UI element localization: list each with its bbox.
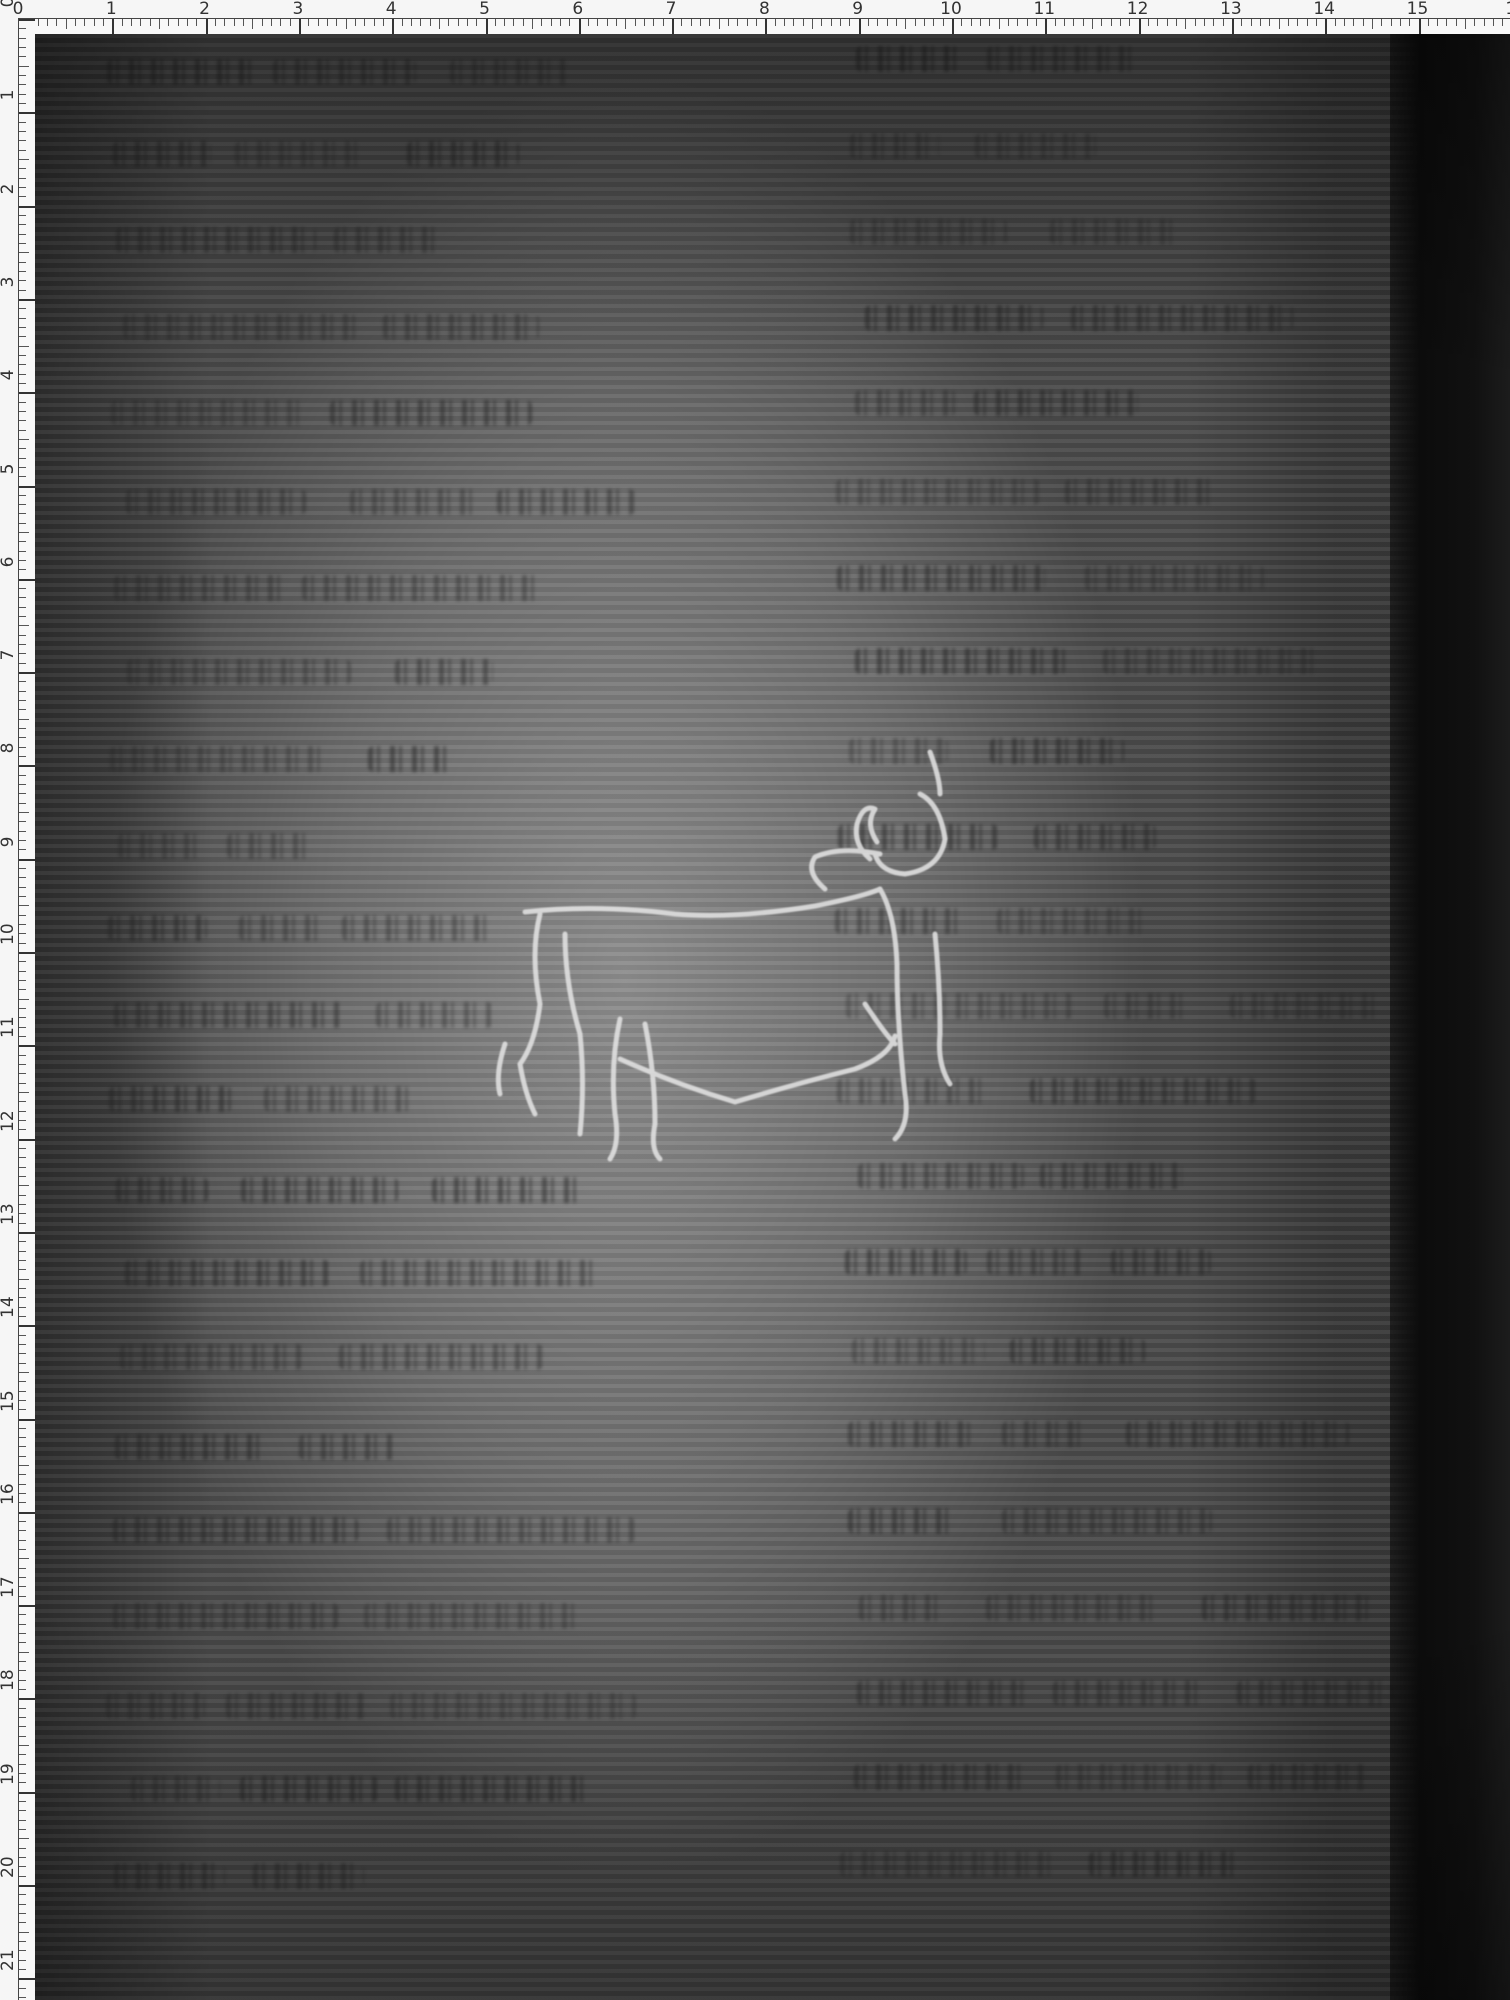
- ruler-tick: [999, 19, 1000, 29]
- ruler-tick: [1083, 19, 1084, 26]
- manuscript-photo: [35, 34, 1510, 2000]
- ruler-tick: [19, 681, 26, 682]
- ruler-label: 2: [0, 179, 17, 199]
- ruler-tick: [653, 19, 654, 26]
- ruler-label: 17: [0, 1578, 17, 1598]
- ruler-tick: [19, 392, 35, 394]
- ruler-tick: [924, 19, 925, 26]
- ruler-tick: [392, 19, 394, 35]
- ruler-tick: [1008, 19, 1009, 26]
- ruler-tick: [75, 19, 76, 26]
- ruler-tick: [1269, 19, 1270, 26]
- ruler-tick: [504, 19, 505, 26]
- ruler-tick: [19, 523, 26, 524]
- ruler-tick: [681, 19, 682, 26]
- ruler-tick: [1204, 19, 1205, 26]
- ruler-tick: [19, 1698, 35, 1700]
- ruler-tick: [19, 1269, 26, 1270]
- ruler-tick: [849, 19, 850, 26]
- ruler-tick: [19, 1568, 26, 1569]
- ruler-tick: [19, 877, 26, 878]
- ruler-tick: [19, 1540, 26, 1541]
- animal-hind-leg: [520, 914, 540, 1114]
- ruler-tick: [635, 19, 636, 26]
- ruler-tick: [19, 75, 26, 76]
- ruler-tick: [1055, 19, 1056, 26]
- ruler-tick: [84, 19, 85, 26]
- ruler-tick: [19, 999, 29, 1000]
- ruler-tick: [1111, 19, 1112, 26]
- ruler-tick: [19, 1017, 26, 1018]
- ruler-tick: [737, 19, 738, 26]
- ruler-tick: [831, 19, 832, 26]
- ruler-tick: [765, 19, 767, 35]
- ruler-tick: [868, 19, 869, 26]
- ruler-tick: [355, 19, 356, 26]
- ruler-tick: [19, 1726, 26, 1727]
- ruler-tick: [915, 19, 916, 26]
- ruler-tick: [19, 663, 26, 664]
- ruler-tick: [19, 1586, 26, 1587]
- ruler-tick: [19, 588, 26, 589]
- ruler-tick: [19, 336, 26, 337]
- ruler-tick: [150, 19, 151, 26]
- ruler-tick: [19, 19, 35, 21]
- ruler-tick: [19, 989, 26, 990]
- ruler-tick: [1335, 19, 1336, 26]
- ruler-tick: [187, 19, 188, 26]
- ruler-tick: [1437, 19, 1438, 26]
- ruler-tick: [19, 1157, 26, 1158]
- ruler-tick: [1297, 19, 1298, 26]
- ruler-label: 14: [1313, 0, 1335, 18]
- ruler-tick: [1064, 19, 1065, 26]
- ruler-tick: [19, 560, 26, 561]
- ruler-tick: [19, 94, 26, 95]
- ruler-tick: [19, 569, 26, 570]
- ruler-tick: [19, 122, 26, 123]
- ruler-tick: [19, 831, 26, 832]
- ruler-tick: [19, 439, 29, 440]
- ruler-tick: [569, 19, 570, 26]
- ruler-tick: [19, 1111, 26, 1112]
- ruler-tick: [859, 19, 861, 35]
- ruler-tick: [19, 1204, 26, 1205]
- ruler-tick: [19, 467, 26, 468]
- ruler-tick: [19, 737, 26, 738]
- ruler-tick: [19, 1083, 26, 1084]
- ruler-tick: [19, 1549, 26, 1550]
- ruler-tick: [168, 19, 169, 26]
- ruler-label: 5: [479, 0, 490, 18]
- ruler-tick: [19, 1288, 26, 1289]
- left-ruler-labels: 0123456789101112131415161718192021: [0, 0, 18, 2000]
- ruler-tick: [19, 784, 26, 785]
- ruler-tick: [943, 19, 944, 26]
- ruler-tick: [19, 1792, 35, 1794]
- ruler-tick: [1167, 19, 1168, 26]
- ruler-tick: [19, 1876, 26, 1877]
- ruler-tick: [19, 1922, 26, 1923]
- ruler-tick: [19, 915, 26, 916]
- ruler-tick: [19, 952, 35, 954]
- ruler-tick: [336, 19, 337, 26]
- ruler-tick: [19, 1465, 29, 1466]
- ruler-label: 2: [199, 0, 210, 18]
- ruler-tick: [19, 420, 26, 421]
- ruler-tick: [700, 19, 701, 26]
- ruler-tick: [19, 243, 26, 244]
- ruler-tick: [1195, 19, 1196, 26]
- ruler-tick: [19, 1624, 26, 1625]
- ruler-tick: [94, 19, 95, 26]
- left-ruler: [18, 18, 34, 2000]
- ruler-label: 9: [0, 832, 17, 852]
- ruler-tick: [19, 1344, 26, 1345]
- ruler-tick: [19, 1708, 26, 1709]
- ruler-tick: [19, 308, 26, 309]
- animal-drawing: [35, 34, 1510, 2000]
- ruler-label: 15: [0, 1392, 17, 1412]
- ruler-tick: [215, 19, 216, 26]
- ruler-tick: [19, 1456, 26, 1457]
- ruler-tick: [19, 112, 35, 114]
- ruler-tick: [495, 19, 496, 26]
- ruler-tick: [159, 19, 160, 29]
- ruler-tick: [1101, 19, 1102, 26]
- ruler-tick: [19, 28, 26, 29]
- ruler-tick: [19, 38, 26, 39]
- ruler-tick: [19, 56, 26, 57]
- ruler-tick: [19, 1838, 29, 1839]
- ruler-tick: [1251, 19, 1252, 26]
- ruler-tick: [19, 1092, 29, 1093]
- ruler-tick: [19, 691, 26, 692]
- ruler-label: 6: [572, 0, 583, 18]
- ruler-tick: [19, 364, 26, 365]
- ruler-tick: [19, 1652, 29, 1653]
- animal-back-line: [525, 889, 880, 915]
- ruler-tick: [19, 644, 26, 645]
- ruler-tick: [541, 19, 542, 26]
- ruler-tick: [280, 19, 281, 26]
- ruler-tick: [19, 672, 35, 674]
- ruler-tick: [1446, 19, 1447, 26]
- ruler-tick: [19, 1484, 26, 1485]
- ruler-tick: [719, 19, 720, 29]
- ruler-tick: [19, 476, 26, 477]
- ruler-tick: [19, 1129, 26, 1130]
- ruler-tick: [19, 532, 29, 533]
- ruler-tick: [19, 1857, 26, 1858]
- ruler-tick: [131, 19, 132, 26]
- ruler-tick: [19, 1325, 35, 1327]
- ruler-tick: [19, 1670, 26, 1671]
- ruler-tick: [66, 19, 67, 29]
- ruler-tick: [1344, 19, 1345, 26]
- ruler-tick: [905, 19, 906, 29]
- ruler-tick: [19, 1810, 26, 1811]
- ruler-tick: [19, 541, 26, 542]
- ruler-tick: [19, 812, 29, 813]
- ruler-tick: [19, 1689, 26, 1690]
- ruler-tick: [887, 19, 888, 26]
- ruler-tick: [112, 19, 114, 35]
- ruler-tick: [1493, 19, 1494, 26]
- ruler-tick: [19, 607, 26, 608]
- ruler-tick: [19, 1885, 35, 1887]
- ruler-tick: [224, 19, 225, 26]
- ruler-tick: [19, 1353, 26, 1354]
- ruler-tick: [1456, 19, 1457, 26]
- ruler-tick: [19, 793, 26, 794]
- ruler-label: 11: [0, 1018, 17, 1038]
- ruler-tick: [579, 19, 581, 35]
- ruler-label: 12: [1127, 0, 1149, 18]
- ruler-tick: [1391, 19, 1392, 26]
- ruler-tick: [346, 19, 347, 29]
- ruler-tick: [19, 1502, 26, 1503]
- ruler-label: 20: [0, 1858, 17, 1878]
- ruler-tick: [672, 19, 674, 35]
- ruler-tick: [1353, 19, 1354, 26]
- ruler-tick: [19, 1045, 35, 1047]
- ruler-tick: [430, 19, 431, 26]
- ruler-tick: [458, 19, 459, 26]
- ruler-tick: [308, 19, 309, 26]
- ruler-tick: [19, 1904, 26, 1905]
- ruler-tick: [1185, 19, 1186, 29]
- ruler-tick: [560, 19, 561, 26]
- ruler-tick: [19, 1820, 26, 1821]
- ruler-tick: [1073, 19, 1074, 26]
- ruler-tick: [19, 1978, 35, 1980]
- ruler-tick: [19, 756, 26, 757]
- ruler-tick: [299, 19, 301, 35]
- ruler-label: 3: [292, 0, 303, 18]
- ruler-tick: [19, 402, 26, 403]
- ruler-tick: [952, 19, 954, 35]
- ruler-tick: [532, 19, 533, 29]
- ruler-tick: [19, 1176, 26, 1177]
- ruler-tick: [19, 1213, 26, 1214]
- ruler-tick: [19, 616, 26, 617]
- ruler-tick: [19, 1801, 26, 1802]
- ruler-tick: [327, 19, 328, 26]
- ruler-tick: [19, 1764, 26, 1765]
- ruler-tick: [486, 19, 488, 35]
- ruler-tick: [19, 700, 26, 701]
- ruler-tick: [19, 504, 26, 505]
- ruler-tick: [19, 933, 26, 934]
- ruler-tick: [19, 168, 26, 169]
- ruler-tick: [19, 1745, 29, 1746]
- ruler-tick: [19, 1120, 26, 1121]
- ruler-tick: [19, 159, 29, 160]
- ruler-tick: [383, 19, 384, 26]
- ruler-tick: [19, 1866, 26, 1867]
- ruler-tick: [19, 66, 29, 67]
- ruler-tick: [19, 1036, 26, 1037]
- ruler-label: 21: [0, 1951, 17, 1971]
- ruler-tick: [1036, 19, 1037, 26]
- ruler-tick: [19, 635, 26, 636]
- ruler-tick: [19, 234, 26, 235]
- ruler-tick: [625, 19, 626, 29]
- ruler-tick: [1502, 19, 1503, 26]
- top-ruler-labels: 01234567891011121314151: [0, 0, 1510, 18]
- ruler-tick: [19, 206, 35, 208]
- ruler-tick: [1045, 19, 1047, 35]
- ruler-tick: [19, 551, 26, 552]
- ruler-tick: [1148, 19, 1149, 26]
- ruler-tick: [420, 19, 421, 26]
- ruler-tick: [19, 495, 26, 496]
- ruler-tick: [19, 840, 26, 841]
- ruler-tick: [19, 1073, 26, 1074]
- ruler-tick: [364, 19, 365, 26]
- ruler-label: 4: [0, 365, 17, 385]
- ruler-tick: [19, 887, 26, 888]
- ruler-tick: [206, 19, 208, 35]
- ruler-tick: [19, 140, 26, 141]
- ruler-tick: [19, 1493, 26, 1494]
- ruler-label: 8: [0, 738, 17, 758]
- ruler-tick: [980, 19, 981, 26]
- ruler-tick: [19, 1167, 26, 1168]
- ruler-tick: [1474, 19, 1475, 26]
- animal-belly-line: [620, 1036, 895, 1102]
- ruler-label: 7: [666, 0, 677, 18]
- ruler-tick: [19, 1521, 26, 1522]
- ruler-tick: [19, 1419, 35, 1421]
- ruler-tick: [19, 1614, 26, 1615]
- animal-horn-right: [875, 794, 945, 874]
- ruler-tick: [178, 19, 179, 26]
- ruler-tick: [19, 1596, 26, 1597]
- ruler-tick: [19, 178, 26, 179]
- ruler-tick: [19, 765, 35, 767]
- top-ruler: [18, 18, 1510, 34]
- ruler-tick: [1316, 19, 1317, 26]
- ruler-tick: [19, 849, 26, 850]
- ruler-tick: [588, 19, 589, 26]
- ruler-tick: [19, 728, 26, 729]
- ruler-tick: [19, 971, 26, 972]
- ruler-tick: [1157, 19, 1158, 26]
- ruler-tick: [19, 1773, 26, 1774]
- ruler-tick: [243, 19, 244, 26]
- ruler-tick: [19, 271, 26, 272]
- ruler-tick: [252, 19, 253, 29]
- ruler-tick: [19, 346, 29, 347]
- ruler-tick: [812, 19, 813, 29]
- ruler-tick: [896, 19, 897, 26]
- ruler-tick: [196, 19, 197, 26]
- ruler-tick: [19, 187, 26, 188]
- ruler-tick: [19, 374, 26, 375]
- ruler-label: 11: [1033, 0, 1055, 18]
- ruler-label: 18: [0, 1671, 17, 1691]
- ruler-tick: [19, 1223, 26, 1224]
- ruler-tick: [19, 355, 26, 356]
- ruler-tick: [19, 579, 35, 581]
- ruler-tick: [961, 19, 962, 26]
- ruler-tick: [19, 1661, 26, 1662]
- ruler-tick: [19, 1381, 26, 1382]
- ruler-tick: [523, 19, 524, 26]
- ruler-tick: [1232, 19, 1234, 35]
- ruler-label: 16: [0, 1485, 17, 1505]
- ruler-tick: [19, 1754, 26, 1755]
- ruler-tick: [709, 19, 710, 26]
- ruler-tick: [19, 1232, 35, 1234]
- ruler-tick: [19, 1391, 26, 1392]
- ruler-tick: [19, 1027, 26, 1028]
- ruler-tick: [1260, 19, 1261, 26]
- ruler-tick: [19, 709, 26, 710]
- ruler-label: 10: [940, 0, 962, 18]
- ruler-tick: [19, 1437, 26, 1438]
- ruler-tick: [19, 597, 26, 598]
- ruler-tick: [1120, 19, 1121, 26]
- ruler-label: 12: [0, 1112, 17, 1132]
- ruler-tick: [140, 19, 141, 26]
- ruler-tick: [19, 1297, 26, 1298]
- ruler-tick: [19, 905, 29, 906]
- ruler-tick: [19, 1008, 26, 1009]
- ruler-tick: [19, 1446, 26, 1447]
- ruler-tick: [448, 19, 449, 26]
- ruler-tick: [38, 19, 39, 26]
- ruler-tick: [19, 1988, 26, 1989]
- ruler-tick: [19, 1950, 26, 1951]
- animal-front-leg: [880, 889, 906, 1139]
- ruler-tick: [616, 19, 617, 26]
- ruler-label: 15: [1407, 0, 1429, 18]
- ruler-label: 9: [852, 0, 863, 18]
- ruler-tick: [19, 1101, 26, 1102]
- ruler-tick: [19, 299, 35, 301]
- ruler-tick: [663, 19, 664, 26]
- ruler-tick: [756, 19, 757, 26]
- ruler-tick: [411, 19, 412, 26]
- ruler-tick: [19, 1316, 26, 1317]
- ruler-tick: [47, 19, 48, 26]
- ruler-tick: [19, 224, 26, 225]
- ruler-tick: [19, 513, 26, 514]
- ruler-tick: [19, 1782, 26, 1783]
- ruler-tick: [1223, 19, 1224, 26]
- ruler-tick: [19, 896, 26, 897]
- ruler-label: 14: [0, 1298, 17, 1318]
- ruler-tick: [19, 1148, 26, 1149]
- ruler-tick: [597, 19, 598, 26]
- ruler-tick: [1017, 19, 1018, 26]
- ruler-tick: [19, 1195, 26, 1196]
- ruler-label: 1: [0, 85, 17, 105]
- ruler-tick: [19, 1307, 26, 1308]
- ruler-tick: [644, 19, 645, 26]
- ruler-tick: [1325, 19, 1327, 35]
- ruler-tick: [19, 1055, 26, 1056]
- ruler-tick: [19, 458, 26, 459]
- ruler-tick: [1465, 19, 1466, 29]
- ruler-tick: [19, 961, 26, 962]
- ruler-label: 19: [0, 1765, 17, 1785]
- ruler-tick: [691, 19, 692, 26]
- ruler-tick: [19, 47, 26, 48]
